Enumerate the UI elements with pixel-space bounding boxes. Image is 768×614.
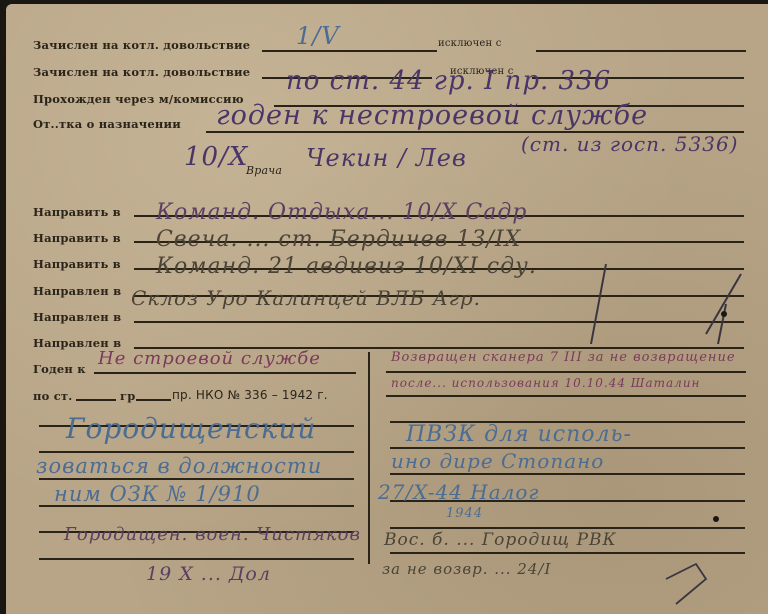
document-card: Зачислен на котл. довольствие исключен с… bbox=[6, 4, 768, 614]
pen-strokes bbox=[6, 4, 768, 614]
